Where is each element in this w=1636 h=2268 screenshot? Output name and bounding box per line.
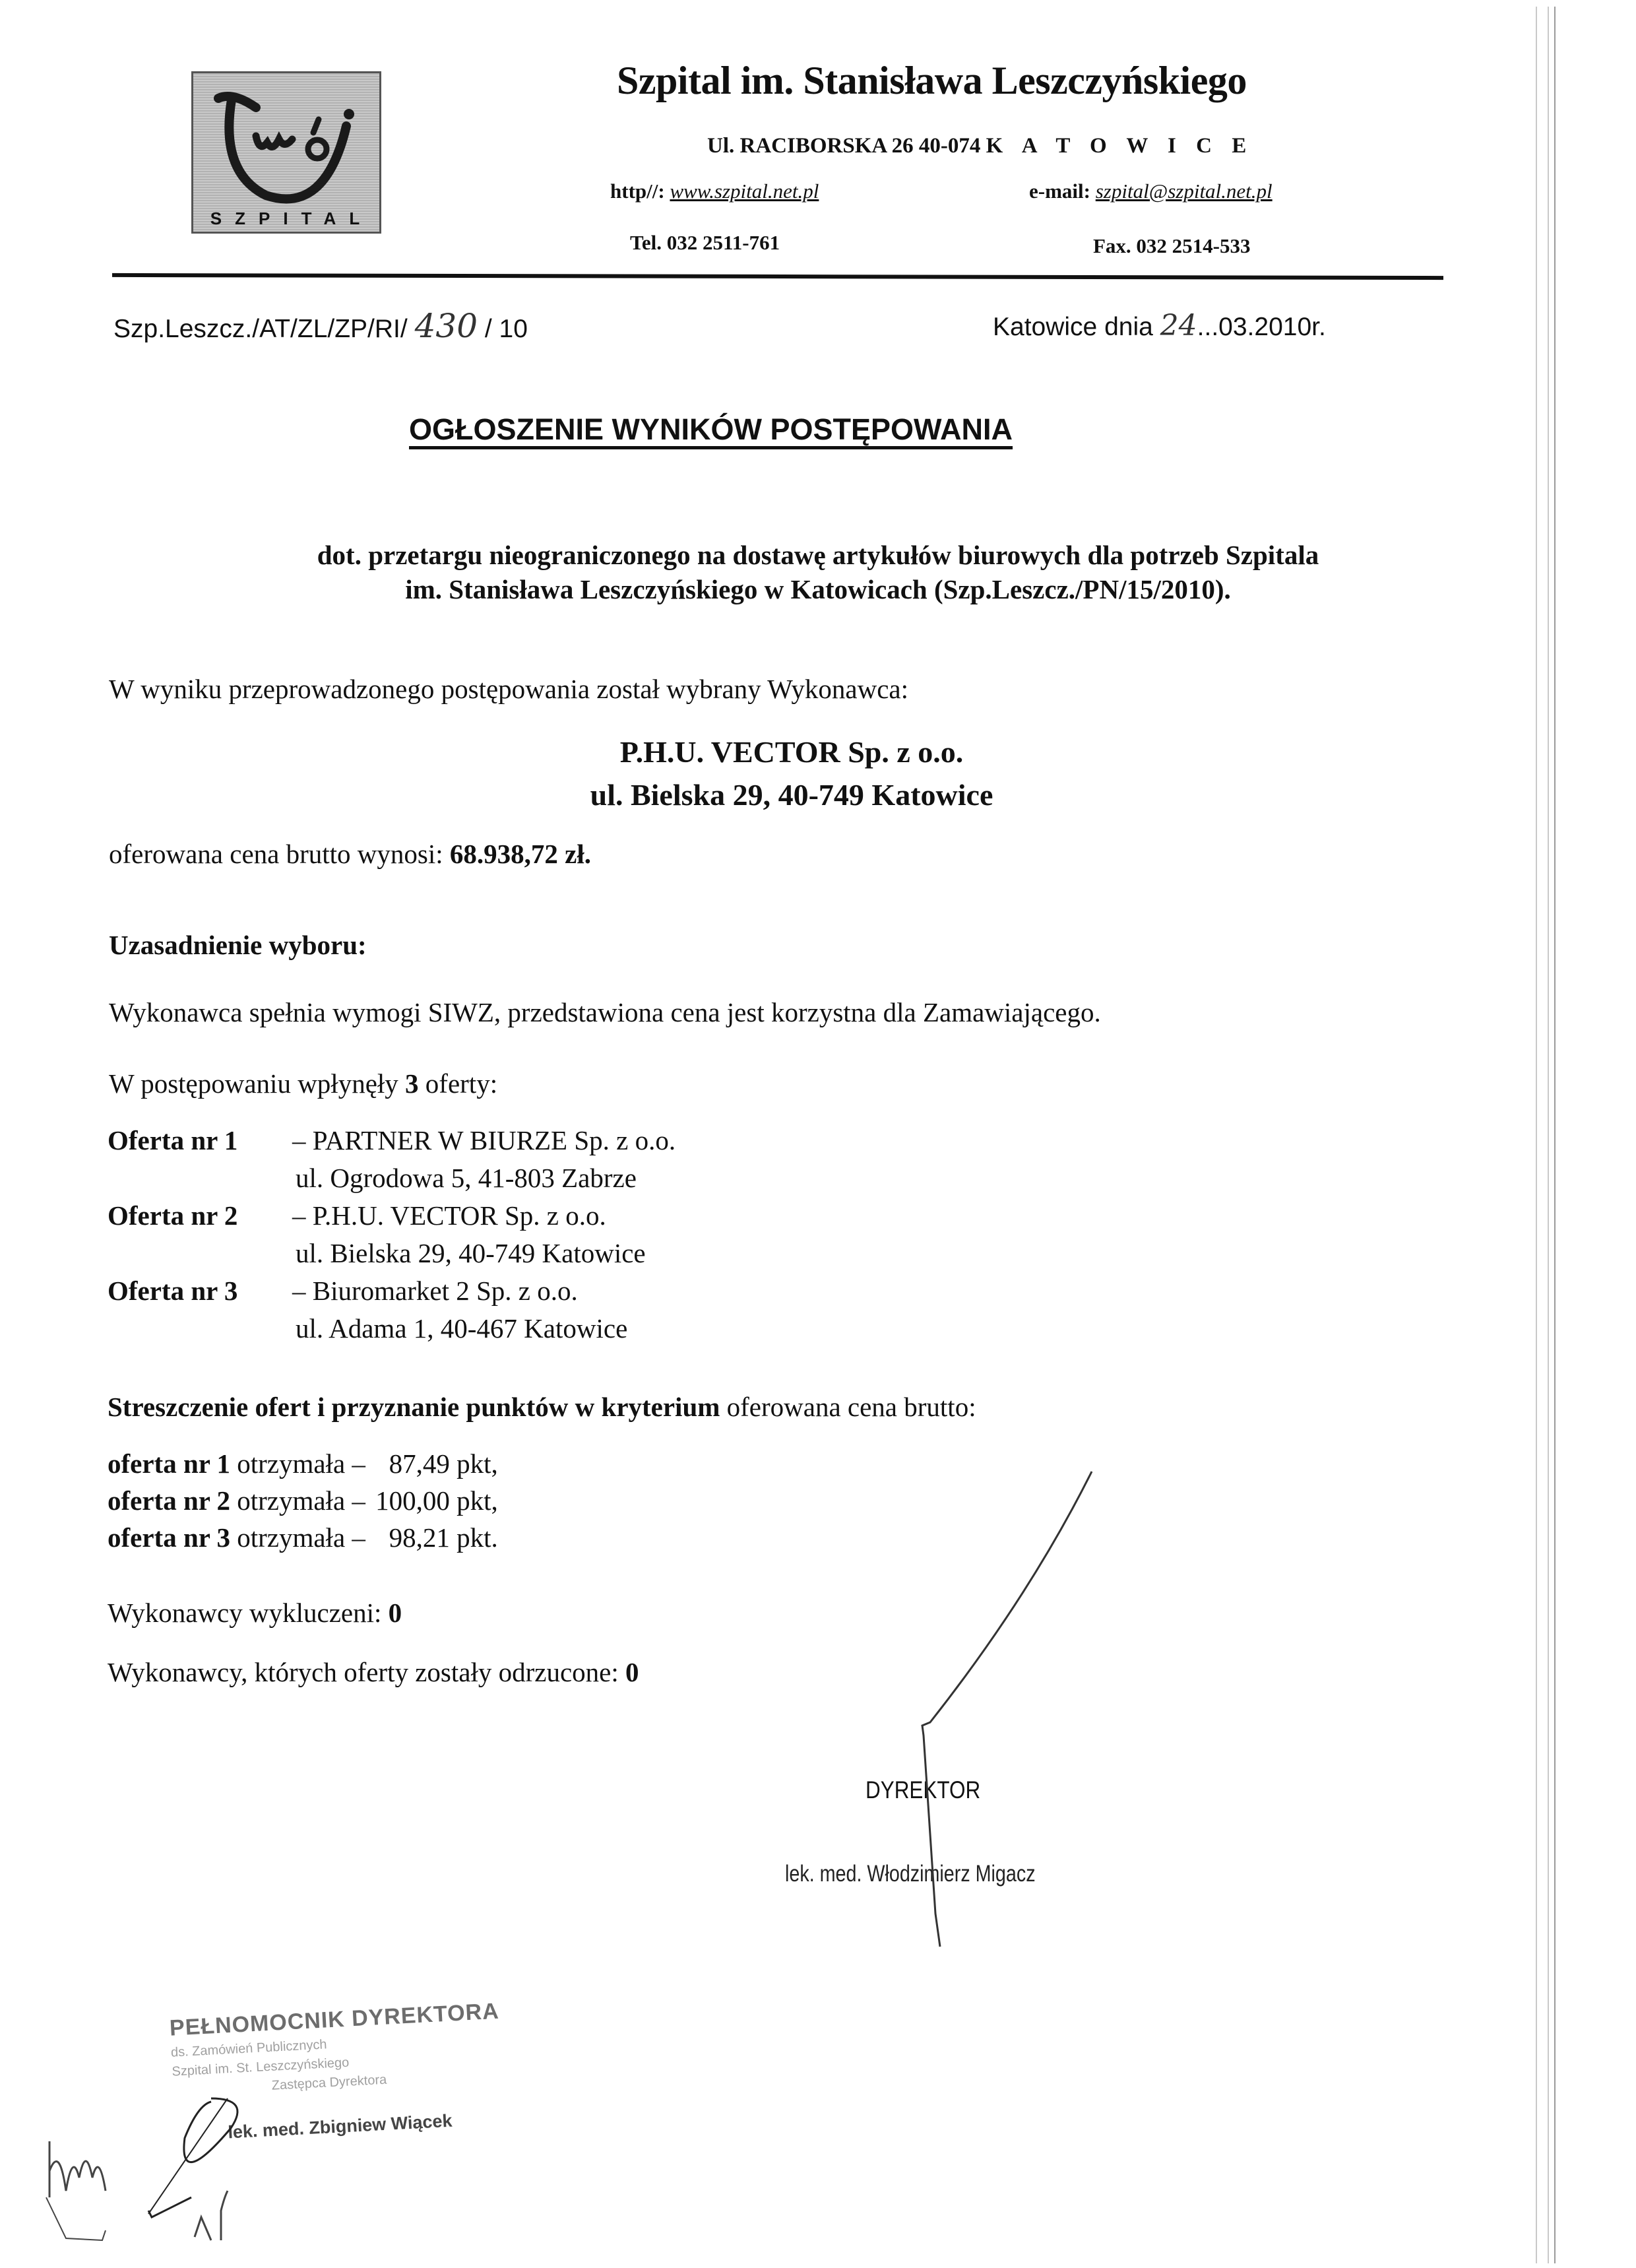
winner-address: ul. Bielska 29, 40-749 Katowice bbox=[165, 777, 1418, 812]
signatory-title: DYREKTOR bbox=[865, 1776, 980, 1804]
email-line: e-mail: szpital@szpital.net.pl bbox=[1029, 179, 1273, 203]
price-label: oferowana cena brutto wynosi: bbox=[109, 839, 443, 869]
offer-dash: – bbox=[292, 1276, 306, 1306]
offer-company: Biuromarket 2 Sp. z o.o. bbox=[313, 1276, 578, 1306]
stamp-name: lek. med. Zbigniew Wiącek bbox=[175, 2106, 545, 2145]
score-label: oferta nr 3 bbox=[108, 1522, 230, 1553]
reference-prefix: Szp.Leszcz./AT/ZL/ZP/RI/ bbox=[113, 315, 408, 343]
document-date: Katowice dnia 24...03.2010r. bbox=[993, 309, 1326, 342]
rejected-value: 0 bbox=[625, 1657, 639, 1687]
offers-list: Oferta nr 1– PARTNER W BIURZE Sp. z o.o.… bbox=[108, 1122, 676, 1347]
logo-label: SZPITAL bbox=[193, 209, 379, 229]
offers-count-prefix: W postępowaniu wpłynęły bbox=[109, 1068, 398, 1099]
justification-text: Wykonawca spełnia wymogi SIWZ, przedstaw… bbox=[109, 996, 1101, 1028]
fax-number: Fax. 032 2514-533 bbox=[1093, 234, 1251, 258]
scan-artifact-lines bbox=[1536, 7, 1562, 2263]
offer-item: Oferta nr 3– Biuromarket 2 Sp. z o.o. bbox=[108, 1272, 676, 1310]
rejected-label: Wykonawcy, których oferty zostały odrzuc… bbox=[108, 1657, 619, 1687]
score-verb: otrzymała – bbox=[237, 1522, 365, 1553]
offer-label: Oferta nr 3 bbox=[108, 1272, 292, 1310]
score-label: oferta nr 2 bbox=[108, 1485, 230, 1516]
score-row: oferta nr 1 otrzymała –87,49 pkt, bbox=[108, 1445, 498, 1482]
subject-line-1: dot. przetargu nieograniczonego na dosta… bbox=[191, 538, 1445, 572]
offer-label: Oferta nr 2 bbox=[108, 1197, 292, 1235]
offers-count: W postępowaniu wpłynęły 3 oferty: bbox=[109, 1068, 497, 1099]
offer-address-row: ul. Ogrodowa 5, 41-803 Zabrze bbox=[108, 1159, 676, 1197]
excluded-contractors: Wykonawcy wykluczeni: 0 bbox=[108, 1597, 402, 1629]
offers-count-value: 3 bbox=[405, 1068, 419, 1099]
score-points: 87,49 bbox=[365, 1445, 450, 1482]
score-verb: otrzymała – bbox=[237, 1485, 365, 1516]
official-stamp: PEŁNOMOCNIK DYREKTORA ds. Zamówień Publi… bbox=[169, 1997, 546, 2174]
offer-address: ul. Ogrodowa 5, 41-803 Zabrze bbox=[296, 1163, 637, 1193]
handwritten-reference-number: 430 bbox=[415, 307, 478, 345]
rejected-offers: Wykonawcy, których oferty zostały odrzuc… bbox=[108, 1656, 639, 1688]
excluded-label: Wykonawcy wykluczeni: bbox=[108, 1598, 381, 1628]
scores-list: oferta nr 1 otrzymała –87,49 pkt, oferta… bbox=[108, 1445, 498, 1556]
score-points: 100,00 bbox=[365, 1482, 450, 1519]
address-city: K A T O W I C E bbox=[986, 134, 1254, 158]
offer-address-row: ul. Adama 1, 40-467 Katowice bbox=[108, 1310, 676, 1347]
excluded-value: 0 bbox=[389, 1598, 402, 1628]
score-row: oferta nr 3 otrzymała –98,21 pkt. bbox=[108, 1519, 498, 1556]
header-divider bbox=[112, 273, 1443, 280]
offer-label: Oferta nr 1 bbox=[108, 1122, 292, 1159]
subject-line-2: im. Stanisława Leszczyńskiego w Katowica… bbox=[191, 572, 1445, 606]
price-value: 68.938,72 zł. bbox=[450, 839, 591, 869]
score-unit: pkt, bbox=[456, 1485, 498, 1516]
offer-address-row: ul. Bielska 29, 40-749 Katowice bbox=[108, 1235, 676, 1272]
justification-heading: Uzasadnienie wyboru: bbox=[109, 929, 367, 961]
document-title: OGŁOSZENIE WYNIKÓW POSTĘPOWANIA bbox=[409, 412, 1013, 447]
email-label: e-mail: bbox=[1029, 179, 1090, 203]
signatory-name: lek. med. Włodzimierz Migacz bbox=[785, 1861, 1036, 1887]
winner-name: P.H.U. VECTOR Sp. z o.o. bbox=[165, 734, 1418, 769]
handwritten-day: 24 bbox=[1160, 309, 1197, 342]
reference-number: Szp.Leszcz./AT/ZL/ZP/RI/ 430 / 10 bbox=[113, 307, 528, 345]
score-row: oferta nr 2 otrzymała –100,00 pkt, bbox=[108, 1482, 498, 1519]
offer-dash: – bbox=[292, 1125, 306, 1155]
hospital-address: Ul. RACIBORSKA 26 40-074 K A T O W I C E bbox=[707, 134, 1253, 158]
score-unit: pkt, bbox=[456, 1448, 498, 1479]
phone-number: Tel. 032 2511-761 bbox=[630, 231, 780, 255]
offer-address: ul. Adama 1, 40-467 Katowice bbox=[296, 1313, 627, 1344]
score-unit: pkt. bbox=[456, 1522, 498, 1553]
date-prefix: Katowice dnia bbox=[993, 313, 1153, 341]
smile-logo-icon bbox=[193, 73, 379, 232]
reference-suffix: / 10 bbox=[485, 315, 528, 343]
address-street: Ul. RACIBORSKA 26 40-074 bbox=[707, 134, 980, 158]
subject: dot. przetargu nieograniczonego na dosta… bbox=[191, 538, 1445, 606]
offer-address: ul. Bielska 29, 40-749 Katowice bbox=[296, 1238, 646, 1268]
offer-company: P.H.U. VECTOR Sp. z o.o. bbox=[313, 1200, 606, 1231]
website-line: http//: www.szpital.net.pl bbox=[610, 179, 819, 203]
hospital-logo: SZPITAL bbox=[191, 71, 381, 234]
summary-heading-bold: Streszczenie ofert i przyznanie punktów … bbox=[108, 1392, 720, 1422]
offer-dash: – bbox=[292, 1200, 306, 1231]
score-points: 98,21 bbox=[365, 1519, 450, 1556]
offer-item: Oferta nr 1– PARTNER W BIURZE Sp. z o.o. bbox=[108, 1122, 676, 1159]
offer-company: PARTNER W BIURZE Sp. z o.o. bbox=[313, 1125, 676, 1155]
score-label: oferta nr 1 bbox=[108, 1448, 230, 1479]
summary-heading: Streszczenie ofert i przyznanie punktów … bbox=[108, 1391, 976, 1423]
website-link[interactable]: www.szpital.net.pl bbox=[670, 179, 819, 203]
offers-count-suffix: oferty: bbox=[425, 1068, 497, 1099]
email-link[interactable]: szpital@szpital.net.pl bbox=[1096, 179, 1273, 203]
offer-item: Oferta nr 2– P.H.U. VECTOR Sp. z o.o. bbox=[108, 1197, 676, 1235]
intro-text: W wyniku przeprowadzonego postępowania z… bbox=[109, 673, 908, 705]
score-verb: otrzymała – bbox=[237, 1448, 365, 1479]
http-label: http//: bbox=[610, 179, 665, 203]
date-suffix: ...03.2010r. bbox=[1197, 313, 1326, 341]
hospital-name: Szpital im. Stanisława Leszczyńskiego bbox=[617, 58, 1247, 104]
summary-heading-rest: oferowana cena brutto: bbox=[727, 1392, 976, 1422]
offered-price: oferowana cena brutto wynosi: 68.938,72 … bbox=[109, 838, 591, 870]
